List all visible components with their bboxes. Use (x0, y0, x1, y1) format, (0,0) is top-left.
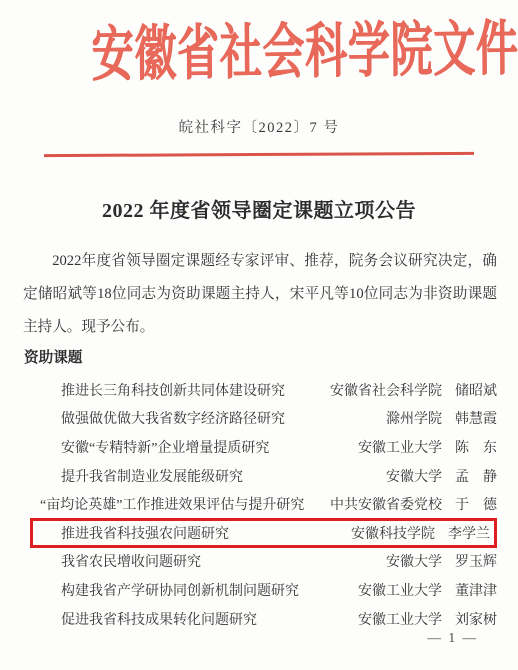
project-affiliation: 安徽工业大学 董津津 (358, 580, 497, 600)
project-institution: 中共安徽省委党校 (330, 494, 442, 514)
project-affiliation: 中共安徽省委党校 于 德 (330, 494, 497, 514)
project-row: “亩均论英雄”工作推进效果评估与提升研究 中共安徽省委党校 于 德 (0, 490, 518, 519)
project-row: 安徽“专精特新”企业增量提质研究 安徽工业大学 陈 东 (0, 433, 518, 462)
project-person: 孟 静 (455, 466, 497, 486)
project-row: 推进长三角科技创新共同体建设研究 安徽省社会科学院 储昭斌 (0, 376, 518, 405)
project-person: 李学兰 (448, 523, 490, 543)
project-affiliation: 安徽工业大学 陈 东 (358, 437, 497, 457)
project-title: 推进我省科技强农问题研究 (61, 523, 229, 543)
project-title: 推进长三角科技创新共同体建设研究 (61, 380, 285, 400)
project-title: 我省农民增收问题研究 (61, 551, 201, 571)
highlight-box: 推进我省科技强农问题研究 安徽科技学院 李学兰 (30, 518, 497, 548)
project-affiliation: 滁州学院 韩慧霞 (386, 408, 497, 428)
page-number: — 1 — (428, 630, 479, 646)
project-row: 促进我省科技成果转化问题研究 安徽工业大学 刘家树 (0, 604, 518, 633)
project-institution: 安徽工业大学 (358, 437, 442, 457)
project-affiliation: 安徽工业大学 刘家树 (358, 609, 497, 629)
project-person: 于 德 (455, 494, 497, 514)
project-person: 罗玉辉 (455, 551, 497, 571)
project-person: 刘家树 (455, 609, 497, 629)
project-institution: 安徽科技学院 (351, 523, 435, 543)
red-divider-rule (44, 152, 474, 157)
project-affiliation: 安徽大学 孟 静 (386, 466, 497, 486)
project-person: 韩慧霞 (455, 408, 497, 428)
project-institution: 安徽大学 (386, 466, 442, 486)
project-title: “亩均论英雄”工作推进效果评估与提升研究 (40, 494, 304, 514)
project-institution: 安徽工业大学 (358, 609, 442, 629)
project-affiliation: 安徽科技学院 李学兰 (351, 523, 490, 543)
project-institution: 滁州学院 (386, 408, 442, 428)
project-affiliation: 安徽省社会科学院 储昭斌 (330, 380, 497, 400)
letterhead-title: 安徽省社会科学院文件 (91, 17, 518, 87)
project-institution: 安徽工业大学 (358, 580, 442, 600)
project-list: 推进长三角科技创新共同体建设研究 安徽省社会科学院 储昭斌 做强做优做大我省数字… (0, 376, 518, 633)
scanned-official-document: 安徽省社会科学院文件 皖社科字〔2022〕7 号 2022 年度省领导圈定课题立… (0, 0, 518, 670)
section-heading-funded-projects: 资助课题 (24, 347, 518, 369)
project-title: 促进我省科技成果转化问题研究 (61, 609, 257, 629)
project-institution: 安徽省社会科学院 (330, 380, 442, 400)
project-person: 董津津 (455, 580, 497, 600)
project-row: 提升我省制造业发展能级研究 安徽大学 孟 静 (0, 461, 518, 490)
project-title: 构建我省产学研协同创新机制问题研究 (61, 580, 299, 600)
project-person: 储昭斌 (455, 380, 497, 400)
project-row: 我省农民增收问题研究 安徽大学 罗玉辉 (0, 547, 518, 576)
project-row-highlighted: 推进我省科技强农问题研究 安徽科技学院 李学兰 (0, 518, 518, 547)
project-institution: 安徽大学 (386, 551, 442, 571)
project-row: 构建我省产学研协同创新机制问题研究 安徽工业大学 董津津 (0, 576, 518, 605)
project-person: 陈 东 (455, 437, 497, 457)
project-title: 安徽“专精特新”企业增量提质研究 (61, 437, 269, 457)
document-number: 皖社科字〔2022〕7 号 (0, 116, 518, 137)
document-title: 2022 年度省领导圈定课题立项公告 (0, 198, 518, 224)
project-title: 提升我省制造业发展能级研究 (61, 466, 243, 486)
project-affiliation: 安徽大学 罗玉辉 (386, 551, 497, 571)
body-paragraph: 2022年度省领导圈定课题经专家评审、推荐，院务会议研究决定，确定储昭斌等18位… (23, 245, 497, 344)
project-title: 做强做优做大我省数字经济路径研究 (61, 408, 285, 428)
letterhead: 安徽省社会科学院文件 (0, 0, 518, 92)
project-row: 做强做优做大我省数字经济路径研究 滁州学院 韩慧霞 (0, 404, 518, 433)
